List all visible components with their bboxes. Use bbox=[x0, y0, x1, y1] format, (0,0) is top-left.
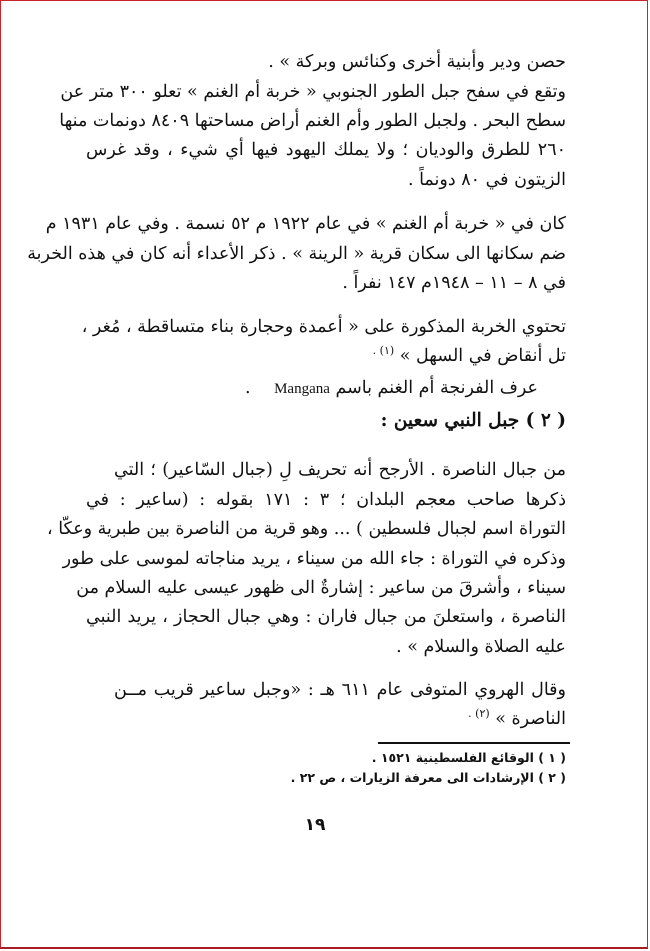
text-fragment: عرف الفرنجة أم الغنم باسم bbox=[335, 378, 538, 398]
text-line: تحتوي الخربة المذكورة على « أعمدة وحجارة… bbox=[114, 313, 566, 343]
footnote-separator bbox=[378, 742, 570, 744]
text-line: كان في « خربة أم الغنم » في عام ١٩٢٢ م ٥… bbox=[114, 210, 566, 240]
text-line: ذكرها صاحب معجم البلدان ؛ ٣ : ١٧١ بقوله … bbox=[86, 486, 566, 516]
footnote-1: ( ١ ) الوقائع الفلسطينية ١٥٢١ . bbox=[372, 750, 566, 765]
text-line: في ٨ – ١١ – ١٩٤٨م ١٤٧ نفراً . bbox=[342, 269, 566, 299]
text-line: الناصرة » (٢) . bbox=[468, 705, 566, 735]
footnote-ref-2: (٢) . bbox=[468, 707, 490, 720]
text-line: وتقع في سفح جبل الطور الجنوبي « خربة أم … bbox=[114, 78, 566, 108]
latin-name: Mangana bbox=[274, 381, 330, 397]
text-line: من جبال الناصرة . الأرجح أنه تحريف لِ (ج… bbox=[114, 456, 566, 486]
text-line: وقال الهروي المتوفى عام ٦١١ هـ : «وجبل س… bbox=[114, 676, 566, 706]
text-line: تل أنقاض في السهل » (١) . bbox=[373, 342, 566, 372]
footnote-2: ( ٢ ) الإرشادات الى معرفة الزيارات ، ص ٢… bbox=[291, 770, 566, 785]
period: . bbox=[245, 378, 269, 398]
text-fragment: الناصرة » bbox=[495, 709, 566, 729]
section-heading: ( ٢ ) جبل النبي سعين : bbox=[381, 406, 566, 436]
text-line: عرف الفرنجة أم الغنم باسم Mangana . bbox=[245, 374, 538, 405]
text-line: وذكره في التوراة : جاء الله من سيناء ، ي… bbox=[86, 545, 566, 575]
page-number: ١٩ bbox=[300, 815, 330, 835]
text-line: التوراة اسم لجبال فلسطين ) ... وهو قرية … bbox=[86, 515, 566, 545]
text-line: عليه الصلاة والسلام » . bbox=[396, 633, 566, 663]
text-line: حصن ودير وأبنية أخرى وكنائس وبركة » . bbox=[268, 48, 566, 78]
text-line: ضم سكانها الى سكان قرية « الرينة » . ذكر… bbox=[86, 240, 566, 270]
text-line: سطح البحر . ولجبل الطور وأم الغنم أراض م… bbox=[86, 107, 566, 137]
text-line: الناصرة ، واستعلنَ من جبال فاران : وهي ج… bbox=[86, 603, 566, 633]
text-line: ٢٦٠ للطرق والوديان ؛ ولا يملك اليهود فيه… bbox=[86, 136, 566, 166]
text-line: سيناء ، وأشرقَ من ساعير : إشارةٌ الى ظهو… bbox=[86, 574, 566, 604]
text-fragment: تل أنقاض في السهل » bbox=[400, 346, 566, 366]
footnote-ref-1: (١) . bbox=[373, 344, 395, 357]
text-line: الزيتون في ٨٠ دونماً . bbox=[408, 166, 566, 196]
